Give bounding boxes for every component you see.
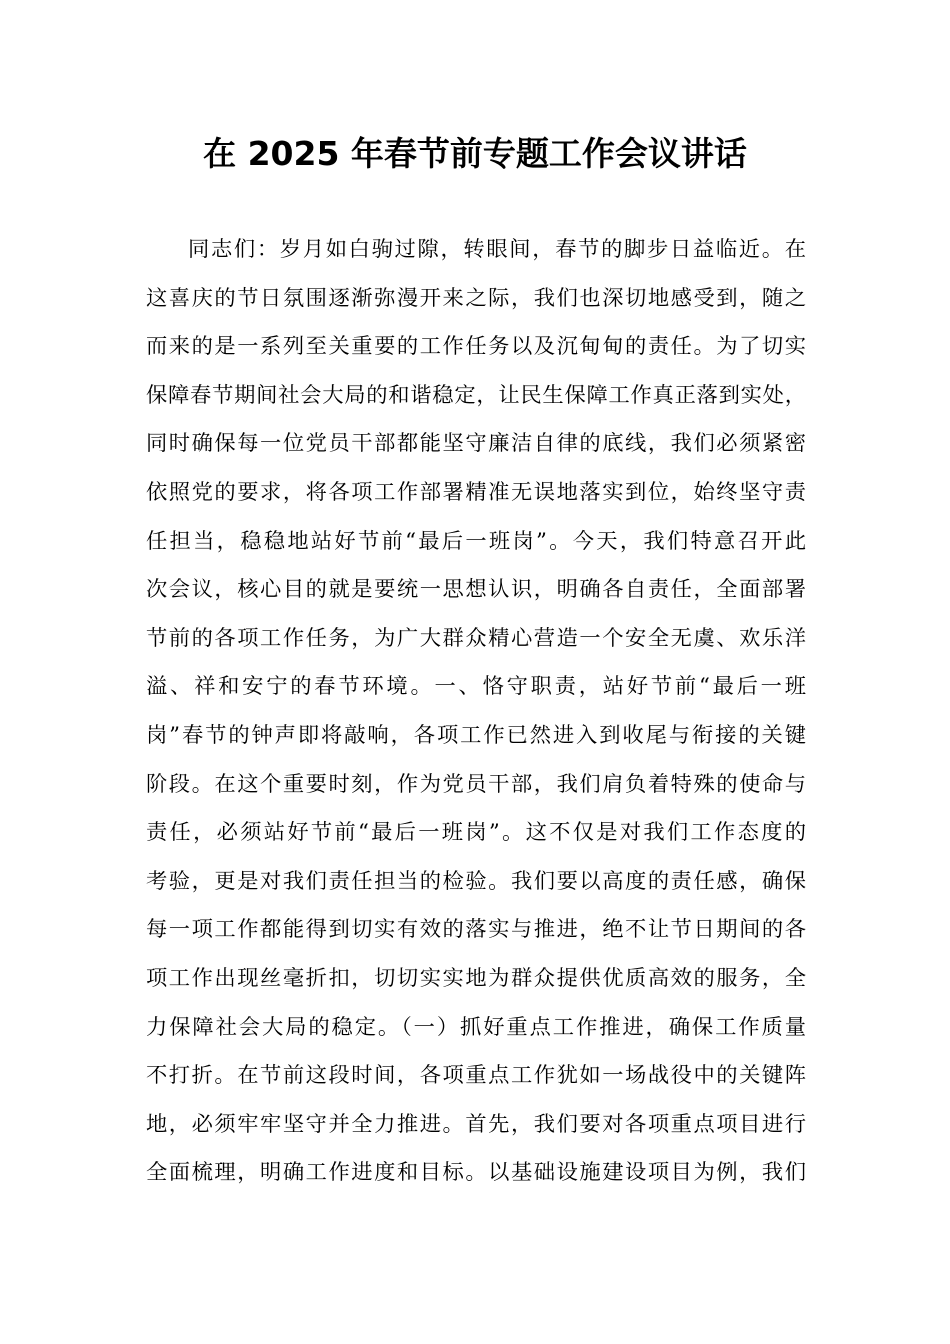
body-line: 阶段。在这个重要时刻，作为党员干部，我们肩负着特殊的使命与 <box>146 761 806 810</box>
body-line: 任担当，稳稳地站好节前“最后一班岗”。今天，我们特意召开此 <box>146 518 806 567</box>
body-line: 责任，必须站好节前“最后一班岗”。这不仅是对我们工作态度的 <box>146 809 806 858</box>
body-line: 力保障社会大局的稳定。（一）抓好重点工作推进，确保工作质量 <box>146 1004 806 1053</box>
body-line: 这喜庆的节日氛围逐渐弥漫开来之际，我们也深切地感受到，随之 <box>146 275 806 324</box>
body-line: 依照党的要求，将各项工作部署精准无误地落实到位，始终坚守责 <box>146 469 806 518</box>
document-body: 同志们：岁月如白驹过隙，转眼间，春节的脚步日益临近。在 这喜庆的节日氛围逐渐弥漫… <box>146 226 810 1198</box>
body-line: 节前的各项工作任务，为广大群众精心营造一个安全无虞、欢乐洋 <box>146 615 806 664</box>
body-line: 次会议，核心目的就是要统一思想认识，明确各自责任，全面部署 <box>146 566 806 615</box>
body-line: 岗”春节的钟声即将敲响，各项工作已然进入到收尾与衔接的关键 <box>146 712 806 761</box>
body-line: 同时确保每一位党员干部都能坚守廉洁自律的底线，我们必须紧密 <box>146 420 806 469</box>
body-line: 同志们：岁月如白驹过隙，转眼间，春节的脚步日益临近。在 <box>146 226 806 275</box>
document-page: 在 2025 年春节前专题工作会议讲话 同志们：岁月如白驹过隙，转眼间，春节的脚… <box>0 0 950 1344</box>
body-line: 溢、祥和安宁的春节环境。一、恪守职责，站好节前“最后一班 <box>146 663 806 712</box>
body-line: 保障春节期间社会大局的和谐稳定，让民生保障工作真正落到实处， <box>146 372 806 421</box>
body-line: 每一项工作都能得到切实有效的落实与推进，绝不让节日期间的各 <box>146 906 806 955</box>
body-line: 项工作出现丝毫折扣，切切实实地为群众提供优质高效的服务，全 <box>146 955 806 1004</box>
body-line: 地，必须牢牢坚守并全力推进。首先，我们要对各项重点项目进行 <box>146 1101 806 1150</box>
body-line: 而来的是一系列至关重要的工作任务以及沉甸甸的责任。为了切实 <box>146 323 806 372</box>
body-line: 全面梳理，明确工作进度和目标。以基础设施建设项目为例，我们 <box>146 1149 806 1198</box>
body-line: 不打折。在节前这段时间，各项重点工作犹如一场战役中的关键阵 <box>146 1052 806 1101</box>
body-line: 考验，更是对我们责任担当的检验。我们要以高度的责任感，确保 <box>146 858 806 907</box>
document-title: 在 2025 年春节前专题工作会议讲话 <box>0 130 950 178</box>
